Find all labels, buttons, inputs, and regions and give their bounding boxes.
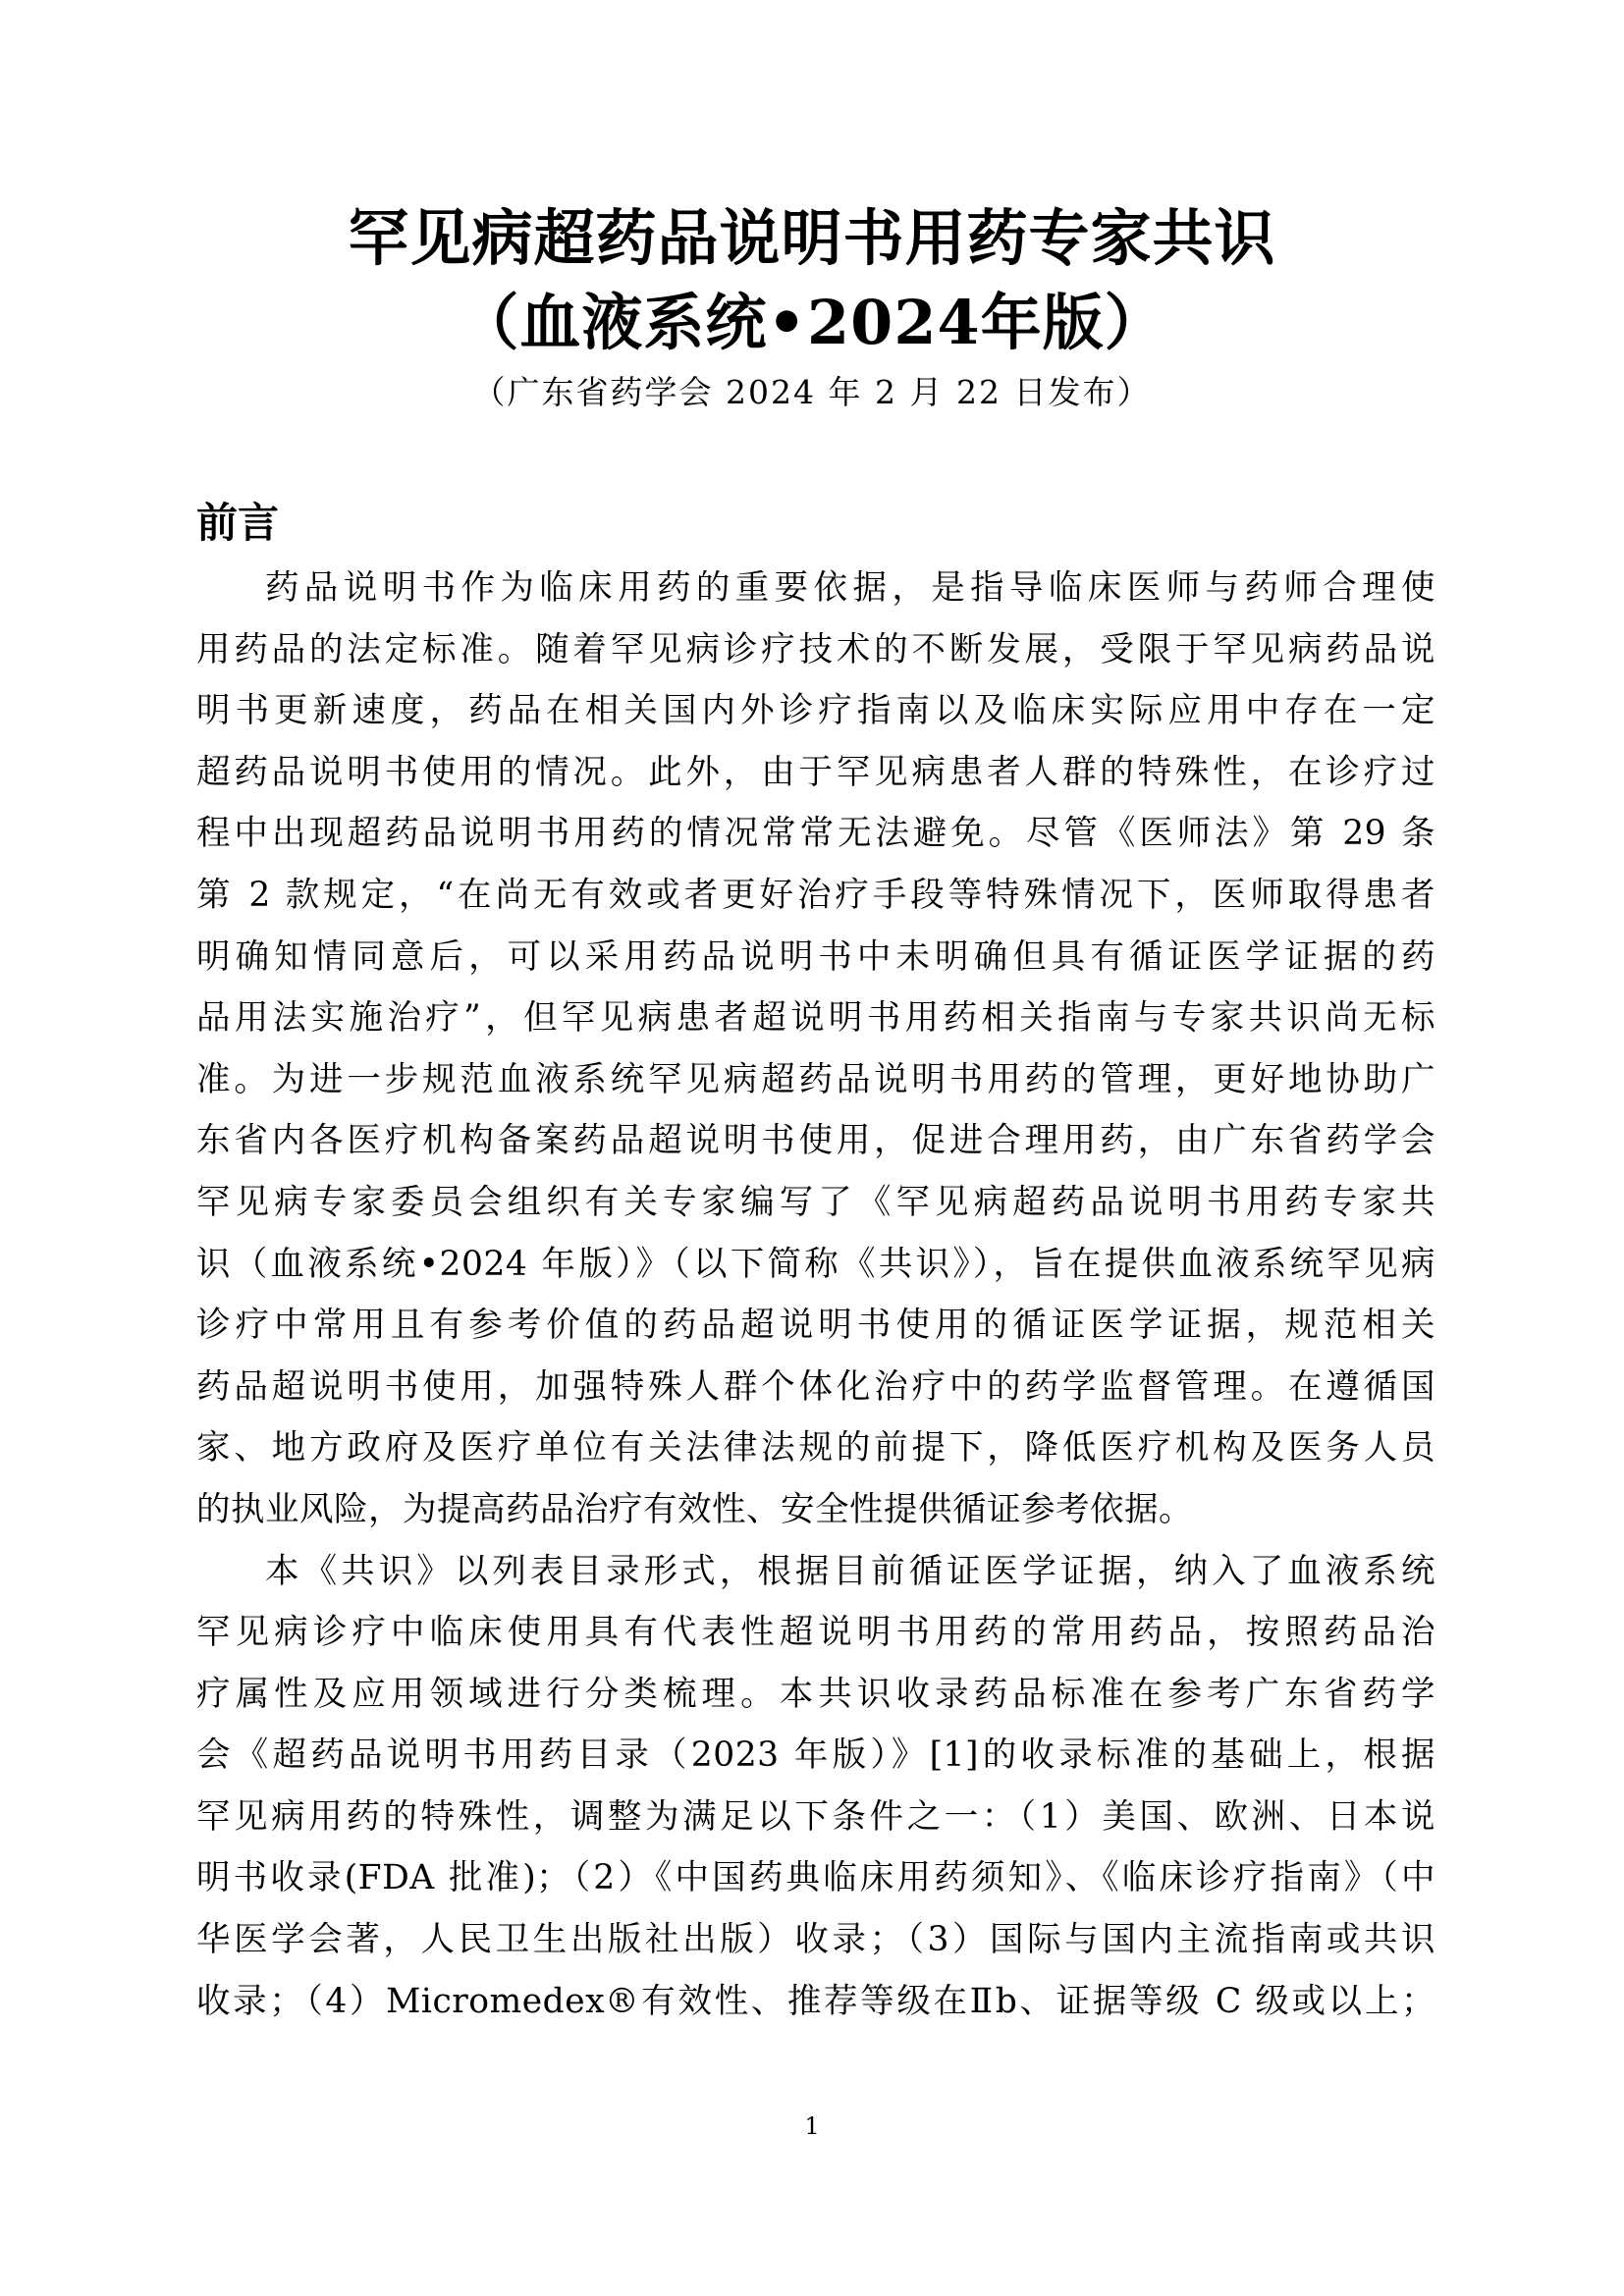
text-line: 明书更新速度，药品在相关国内外诊疗指南以及临床实际应用中存在一定	[196, 680, 1435, 742]
paragraph-1: 药品说明书作为临床用药的重要依据，是指导临床医师与药师合理使 用药品的法定标准。…	[196, 558, 1435, 1541]
text-line: 用药品的法定标准。随着罕见病诊疗技术的不断发展，受限于罕见病药品说	[196, 619, 1435, 681]
document-title-edition: （血液系统•2024年版）	[0, 293, 1624, 353]
text-line: 程中出现超药品说明书用药的情况常常无法避免。尽管《医师法》第 29 条	[196, 803, 1435, 865]
text-line: 家、地方政府及医疗单位有关法律法规的前提下，降低医疗机构及医务人员	[196, 1417, 1435, 1479]
text-line: 药品说明书作为临床用药的重要依据，是指导临床医师与药师合理使	[196, 558, 1435, 619]
document-title: 罕见病超药品说明书用药专家共识	[0, 208, 1624, 269]
text-line: 的执业风险，为提高药品治疗有效性、安全性提供循证参考依据。	[196, 1479, 1435, 1541]
text-line: 识（血液系统•2024 年版）》（以下简称《共识》），旨在提供血液系统罕见病	[196, 1234, 1435, 1296]
document-body: 药品说明书作为临床用药的重要依据，是指导临床医师与药师合理使 用药品的法定标准。…	[196, 558, 1435, 2032]
text-line: 华医学会著，人民卫生出版社出版）收录；（3）国际与国内主流指南或共识	[196, 1909, 1435, 1971]
text-line: 准。为进一步规范血液系统罕见病超药品说明书用药的管理，更好地协助广	[196, 1049, 1435, 1111]
text-line: 罕见病专家委员会组织有关专家编写了《罕见病超药品说明书用药专家共	[196, 1172, 1435, 1234]
text-line: 明确知情同意后，可以采用药品说明书中未明确但具有循证医学证据的药	[196, 927, 1435, 988]
page-number: 1	[0, 2112, 1624, 2140]
text-line: 诊疗中常用且有参考价值的药品超说明书使用的循证医学证据，规范相关	[196, 1295, 1435, 1357]
paragraph-2: 本《共识》以列表目录形式，根据目前循证医学证据，纳入了血液系统 罕见病诊疗中临床…	[196, 1541, 1435, 2033]
text-line: 会《超药品说明书用药目录（2023 年版）》[1]的收录标准的基础上，根据	[196, 1725, 1435, 1787]
text-line: 本《共识》以列表目录形式，根据目前循证医学证据，纳入了血液系统	[196, 1541, 1435, 1603]
text-line: 罕见病诊疗中临床使用具有代表性超说明书用药的常用药品，按照药品治	[196, 1602, 1435, 1664]
text-line: 品用法实施治疗”，但罕见病患者超说明书用药相关指南与专家共识尚无标	[196, 988, 1435, 1049]
document-page: 罕见病超药品说明书用药专家共识 （血液系统•2024年版） （广东省药学会 20…	[0, 0, 1624, 2296]
section-heading-preface: 前言	[196, 503, 279, 544]
text-line: 药品超说明书使用，加强特殊人群个体化治疗中的药学监督管理。在遵循国	[196, 1357, 1435, 1418]
text-line: 明书收录(FDA 批准)；（2）《中国药典临床用药须知》、《临床诊疗指南》（中	[196, 1847, 1435, 1909]
publication-info: （广东省药学会 2024 年 2 月 22 日发布）	[0, 376, 1624, 408]
text-line: 超药品说明书使用的情况。此外，由于罕见病患者人群的特殊性，在诊疗过	[196, 742, 1435, 804]
text-line: 罕见病用药的特殊性，调整为满足以下条件之一：（1）美国、欧洲、日本说	[196, 1787, 1435, 1848]
text-line: 收录；（4）Micromedex®有效性、推荐等级在Ⅱb、证据等级 C 级或以上…	[196, 1971, 1435, 2033]
text-line: 疗属性及应用领域进行分类梳理。本共识收录药品标准在参考广东省药学	[196, 1664, 1435, 1726]
text-line: 东省内各医疗机构备案药品超说明书使用，促进合理用药，由广东省药学会	[196, 1110, 1435, 1172]
text-line: 第 2 款规定，“在尚无有效或者更好治疗手段等特殊情况下，医师取得患者	[196, 865, 1435, 927]
